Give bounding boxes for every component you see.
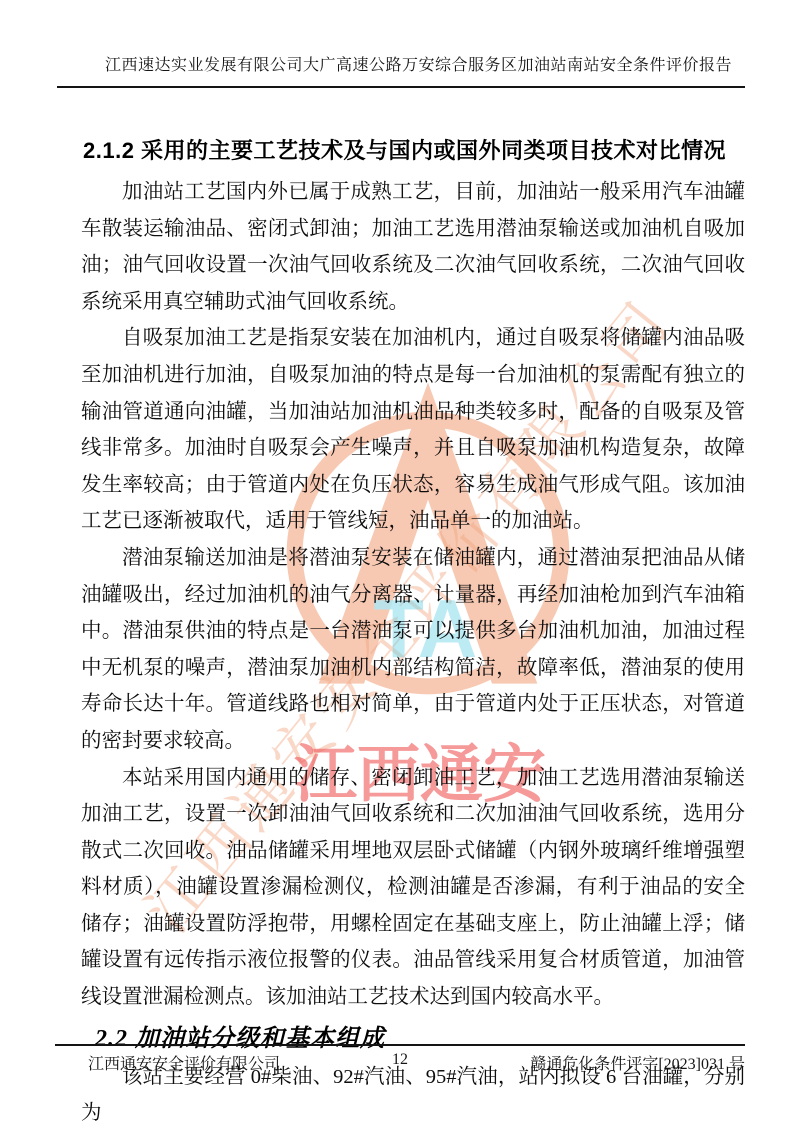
running-header-title: 江西速达实业发展有限公司大广高速公路万安综合服务区加油站南站安全条件评价报告 (95, 52, 742, 75)
paragraph-submersible-pump: 潜油泵输送加油是将潜油泵安装在储油罐内，通过潜油泵把油品从储油罐吸出，经过加油机… (81, 540, 745, 760)
body-text-block: 2.1.2 采用的主要工艺技术及与国内或国外同类项目技术对比情况 加油站工艺国内… (81, 131, 745, 1131)
paragraph-station-process: 本站采用国内通用的储存、密闭卸油工艺，加油工艺选用潜油泵输送加油工艺，设置一次卸… (81, 760, 745, 1016)
paragraph-process-overview: 加油站工艺国内外已属于成熟工艺，目前，加油站一般采用汽车油罐车散装运输油品、密闭… (81, 174, 745, 320)
section-heading-2-1-2: 2.1.2 采用的主要工艺技术及与国内或国外同类项目技术对比情况 (81, 131, 745, 171)
footer-divider (55, 1044, 745, 1046)
paragraph-self-priming-pump: 自吸泵加油工艺是指泵安装在加油机内，通过自吸泵将储罐内油品吸至加油机进行加油，自… (81, 320, 745, 540)
footer-document-number: 赣通危化条件评字[2023]031 号 (530, 1051, 745, 1074)
report-page: 江西通安安全评价有限公司 TA 江西通安 江西速达实业发展有限公司大广高速公路万… (0, 0, 800, 1131)
header-divider (57, 86, 745, 88)
running-footer: 江西通安安全评价有限公司 12 赣通危化条件评字[2023]031 号 (55, 1049, 745, 1073)
page-content: 江西速达实业发展有限公司大广高速公路万安综合服务区加油站南站安全条件评价报告 2… (0, 0, 800, 1131)
